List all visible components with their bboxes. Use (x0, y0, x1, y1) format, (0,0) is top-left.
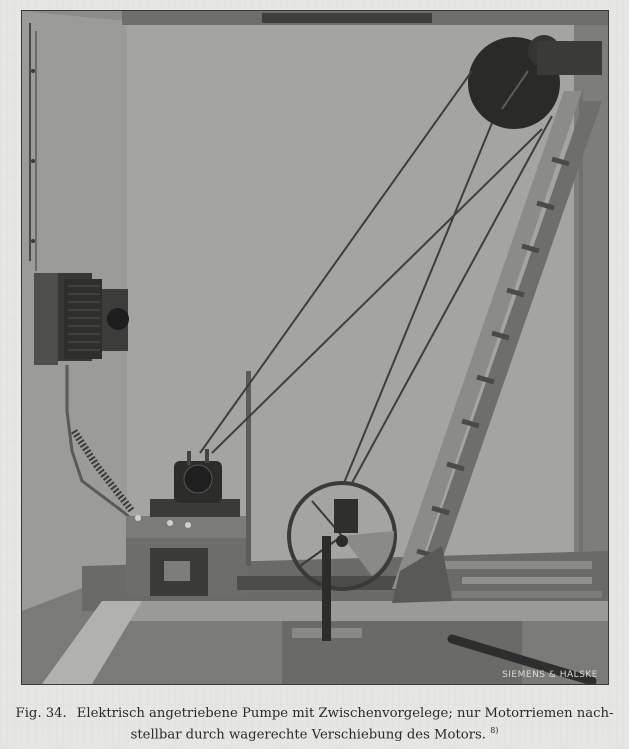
photographer-watermark: SIEMENS & HALSKE (502, 670, 598, 680)
footnote-marker[interactable]: 8) (490, 726, 498, 735)
pump-installation-illustration (22, 11, 608, 684)
caption-line-2: stellbar durch wagerechte Verschiebung d… (8, 722, 621, 743)
caption-text-1: Elektrisch angetriebene Pumpe mit Zwisch… (77, 706, 614, 721)
caption-line-1: Fig. 34.Elektrisch angetriebene Pumpe mi… (8, 705, 621, 722)
figure-photograph: SIEMENS & HALSKE (21, 10, 609, 685)
caption-text-2: stellbar durch wagerechte Verschiebung d… (131, 727, 486, 742)
figure-caption: Fig. 34.Elektrisch angetriebene Pumpe mi… (0, 705, 629, 743)
figure-label: Fig. 34. (16, 706, 67, 721)
